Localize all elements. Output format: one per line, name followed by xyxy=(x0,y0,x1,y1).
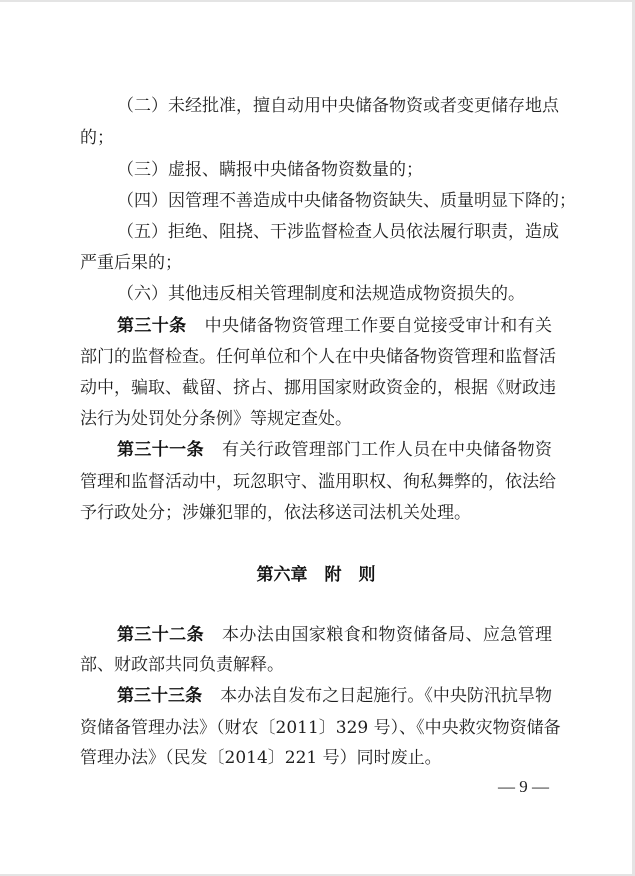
article-32-line-2: 部、财政部共同负责解释。 xyxy=(80,653,552,677)
article-33-text: 本办法自发布之日起施行。《中央防汛抗旱物 xyxy=(220,686,552,706)
article-30-text: 中央储备物资管理工作要自觉接受审计和有关 xyxy=(205,316,552,336)
article-31-label: 第三十一条 xyxy=(117,440,204,460)
article-30-line-3: 动中，骗取、截留、挤占、挪用国家财政资金的，根据《财政违 xyxy=(80,376,552,400)
clause-4: （四）因管理不善造成中央储备物资缺失、质量明显下降的； xyxy=(117,189,552,213)
article-31-line-3: 予行政处分；涉嫌犯罪的，依法移送司法机关处理。 xyxy=(80,501,552,525)
clause-5-line-2: 严重后果的； xyxy=(80,251,552,275)
article-32-text: 本办法由国家粮食和物资储备局、应急管理 xyxy=(222,625,552,645)
clause-2-line-2: 的； xyxy=(80,126,552,150)
article-33-line-3: 管理办法》（民发〔2014〕221 号）同时废止。 xyxy=(80,746,552,770)
document-page: （二）未经批准，擅自动用中央储备物资或者变更储存地点 的； （三）虚报、瞒报中央… xyxy=(0,2,632,874)
clause-3: （三）虚报、瞒报中央储备物资数量的； xyxy=(117,158,552,182)
article-30-line-2: 部门的监督检查。任何单位和个人在中央储备物资管理和监督活 xyxy=(80,345,552,369)
article-33-line-1: 第三十三条本办法自发布之日起施行。《中央防汛抗旱物 xyxy=(117,684,552,708)
clause-2-line-1: （二）未经批准，擅自动用中央储备物资或者变更储存地点 xyxy=(117,94,552,118)
article-30-line-4: 法行为处罚处分条例》等规定查处。 xyxy=(80,407,552,431)
article-31-line-1: 第三十一条有关行政管理部门工作人员在中央储备物资 xyxy=(117,438,552,462)
article-33-line-2: 资储备管理办法》（财农〔2011〕329 号）、《中央救灾物资储备 xyxy=(80,716,552,740)
article-30-line-1: 第三十条中央储备物资管理工作要自觉接受审计和有关 xyxy=(117,314,552,338)
article-32-line-1: 第三十二条本办法由国家粮食和物资储备局、应急管理 xyxy=(117,623,552,647)
clause-5-line-1: （五）拒绝、阻挠、干涉监督检查人员依法履行职责，造成 xyxy=(117,220,552,244)
article-33-label: 第三十三条 xyxy=(117,686,202,706)
page-number: — 9 — xyxy=(498,777,549,797)
article-30-label: 第三十条 xyxy=(117,316,187,336)
article-31-text: 有关行政管理部门工作人员在中央储备物资 xyxy=(222,440,552,460)
article-32-label: 第三十二条 xyxy=(117,625,204,645)
clause-6: （六）其他违反相关管理制度和法规造成物资损失的。 xyxy=(117,282,552,306)
article-31-line-2: 管理和监督活动中，玩忽职守、滥用职权、徇私舞弊的，依法给 xyxy=(80,470,552,494)
chapter-heading: 第六章 附 则 xyxy=(0,563,632,587)
